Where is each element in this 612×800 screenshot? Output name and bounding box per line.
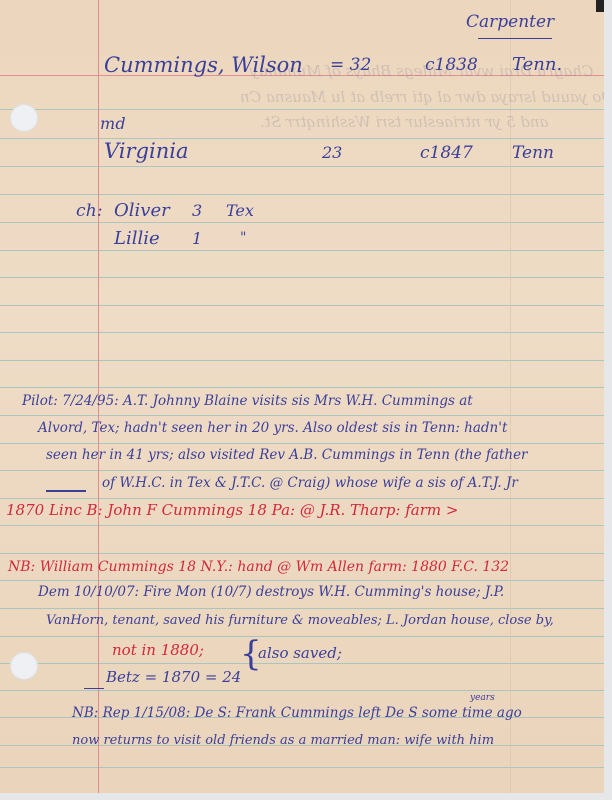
spouse-birth-year: c1847 <box>420 145 473 162</box>
note-line: of W.H.C. in Tex & J.T.C. @ Craig) whose… <box>102 477 518 491</box>
ruled-line <box>0 636 604 637</box>
ruled-line <box>0 250 604 251</box>
ruled-line <box>0 553 604 554</box>
ruled-line <box>0 332 604 333</box>
children-label: ch: <box>76 203 103 220</box>
note-line: seen her in 41 yrs; also visited Rev A.B… <box>46 449 528 463</box>
child-birthplace: Tex <box>226 203 254 219</box>
note-insertion: years <box>470 694 495 703</box>
child-age: 3 <box>192 203 202 219</box>
head-age: = 32 <box>330 57 371 74</box>
marital-note: md <box>100 116 126 132</box>
note-line: now returns to visit old friends as a ma… <box>72 734 494 747</box>
head-name: Cummings, Wilson <box>104 55 303 76</box>
ruled-line <box>0 608 604 609</box>
underline-mark <box>84 688 104 689</box>
ruled-line <box>0 690 604 691</box>
ruled-line <box>0 767 604 768</box>
note-line-red: 1870 Linc B: John F Cummings 18 Pa: @ J.… <box>6 503 458 518</box>
note-line: NB: Rep 1/15/08: De S: Frank Cummings le… <box>72 707 522 721</box>
ruled-line <box>0 222 604 223</box>
ruled-line <box>0 580 604 581</box>
ruled-line <box>0 138 604 139</box>
ruled-line <box>0 470 604 471</box>
ruled-line <box>0 415 604 416</box>
bleed-through-text: and 5 yr ntriaeslur tsri Wsshinqtrr St. <box>260 113 548 131</box>
note-line: also saved; <box>258 646 342 661</box>
ruled-line <box>0 166 604 167</box>
scan-edge <box>596 0 604 12</box>
spouse-birthplace: Tenn <box>512 145 554 162</box>
ruled-line <box>0 663 604 664</box>
spouse-age: 23 <box>322 145 342 161</box>
note-line: VanHorn, tenant, saved his furniture & m… <box>46 614 554 627</box>
child-birthplace: " <box>240 231 246 245</box>
note-line: Pilot: 7/24/95: A.T. Johnny Blaine visit… <box>22 395 473 409</box>
ruled-line <box>0 443 604 444</box>
note-line-red: not in 1880; <box>112 643 204 658</box>
spouse-name: Virginia <box>104 141 188 162</box>
punch-hole-bottom <box>10 652 38 680</box>
ruled-line <box>0 277 604 278</box>
ruled-line <box>0 525 604 526</box>
note-line: Alvord, Tex; hadn't seen her in 20 yrs. … <box>38 422 507 436</box>
ruled-line <box>0 360 604 361</box>
ruled-line <box>0 305 604 306</box>
head-birth-year: c1838 <box>425 57 478 74</box>
head-birthplace: Tenn. <box>512 56 562 74</box>
child-age: 1 <box>192 231 202 247</box>
note-line: Dem 10/10/07: Fire Mon (10/7) destroys W… <box>38 586 504 600</box>
ledger-sheet: Chagru Drai wvar Millegs Bhays of Mummuy… <box>0 0 604 793</box>
heading-underline <box>478 38 552 39</box>
note-line-red: NB: William Cummings 18 N.Y.: hand @ Wm … <box>8 560 509 574</box>
ruled-line <box>0 194 604 195</box>
ruled-line <box>0 498 604 499</box>
ruled-line <box>0 109 604 110</box>
ruled-line <box>0 387 604 388</box>
punch-hole-top <box>10 104 38 132</box>
note-line: Betz = 1870 = 24 <box>106 670 241 685</box>
struck-word <box>46 490 86 492</box>
child-name: Lillie <box>114 230 160 248</box>
occupation-heading: Carpenter <box>466 14 554 31</box>
bleed-through-text: Do yauud lsraya dwr al qti rrelb at lu M… <box>240 88 604 106</box>
child-name: Oliver <box>114 202 170 220</box>
